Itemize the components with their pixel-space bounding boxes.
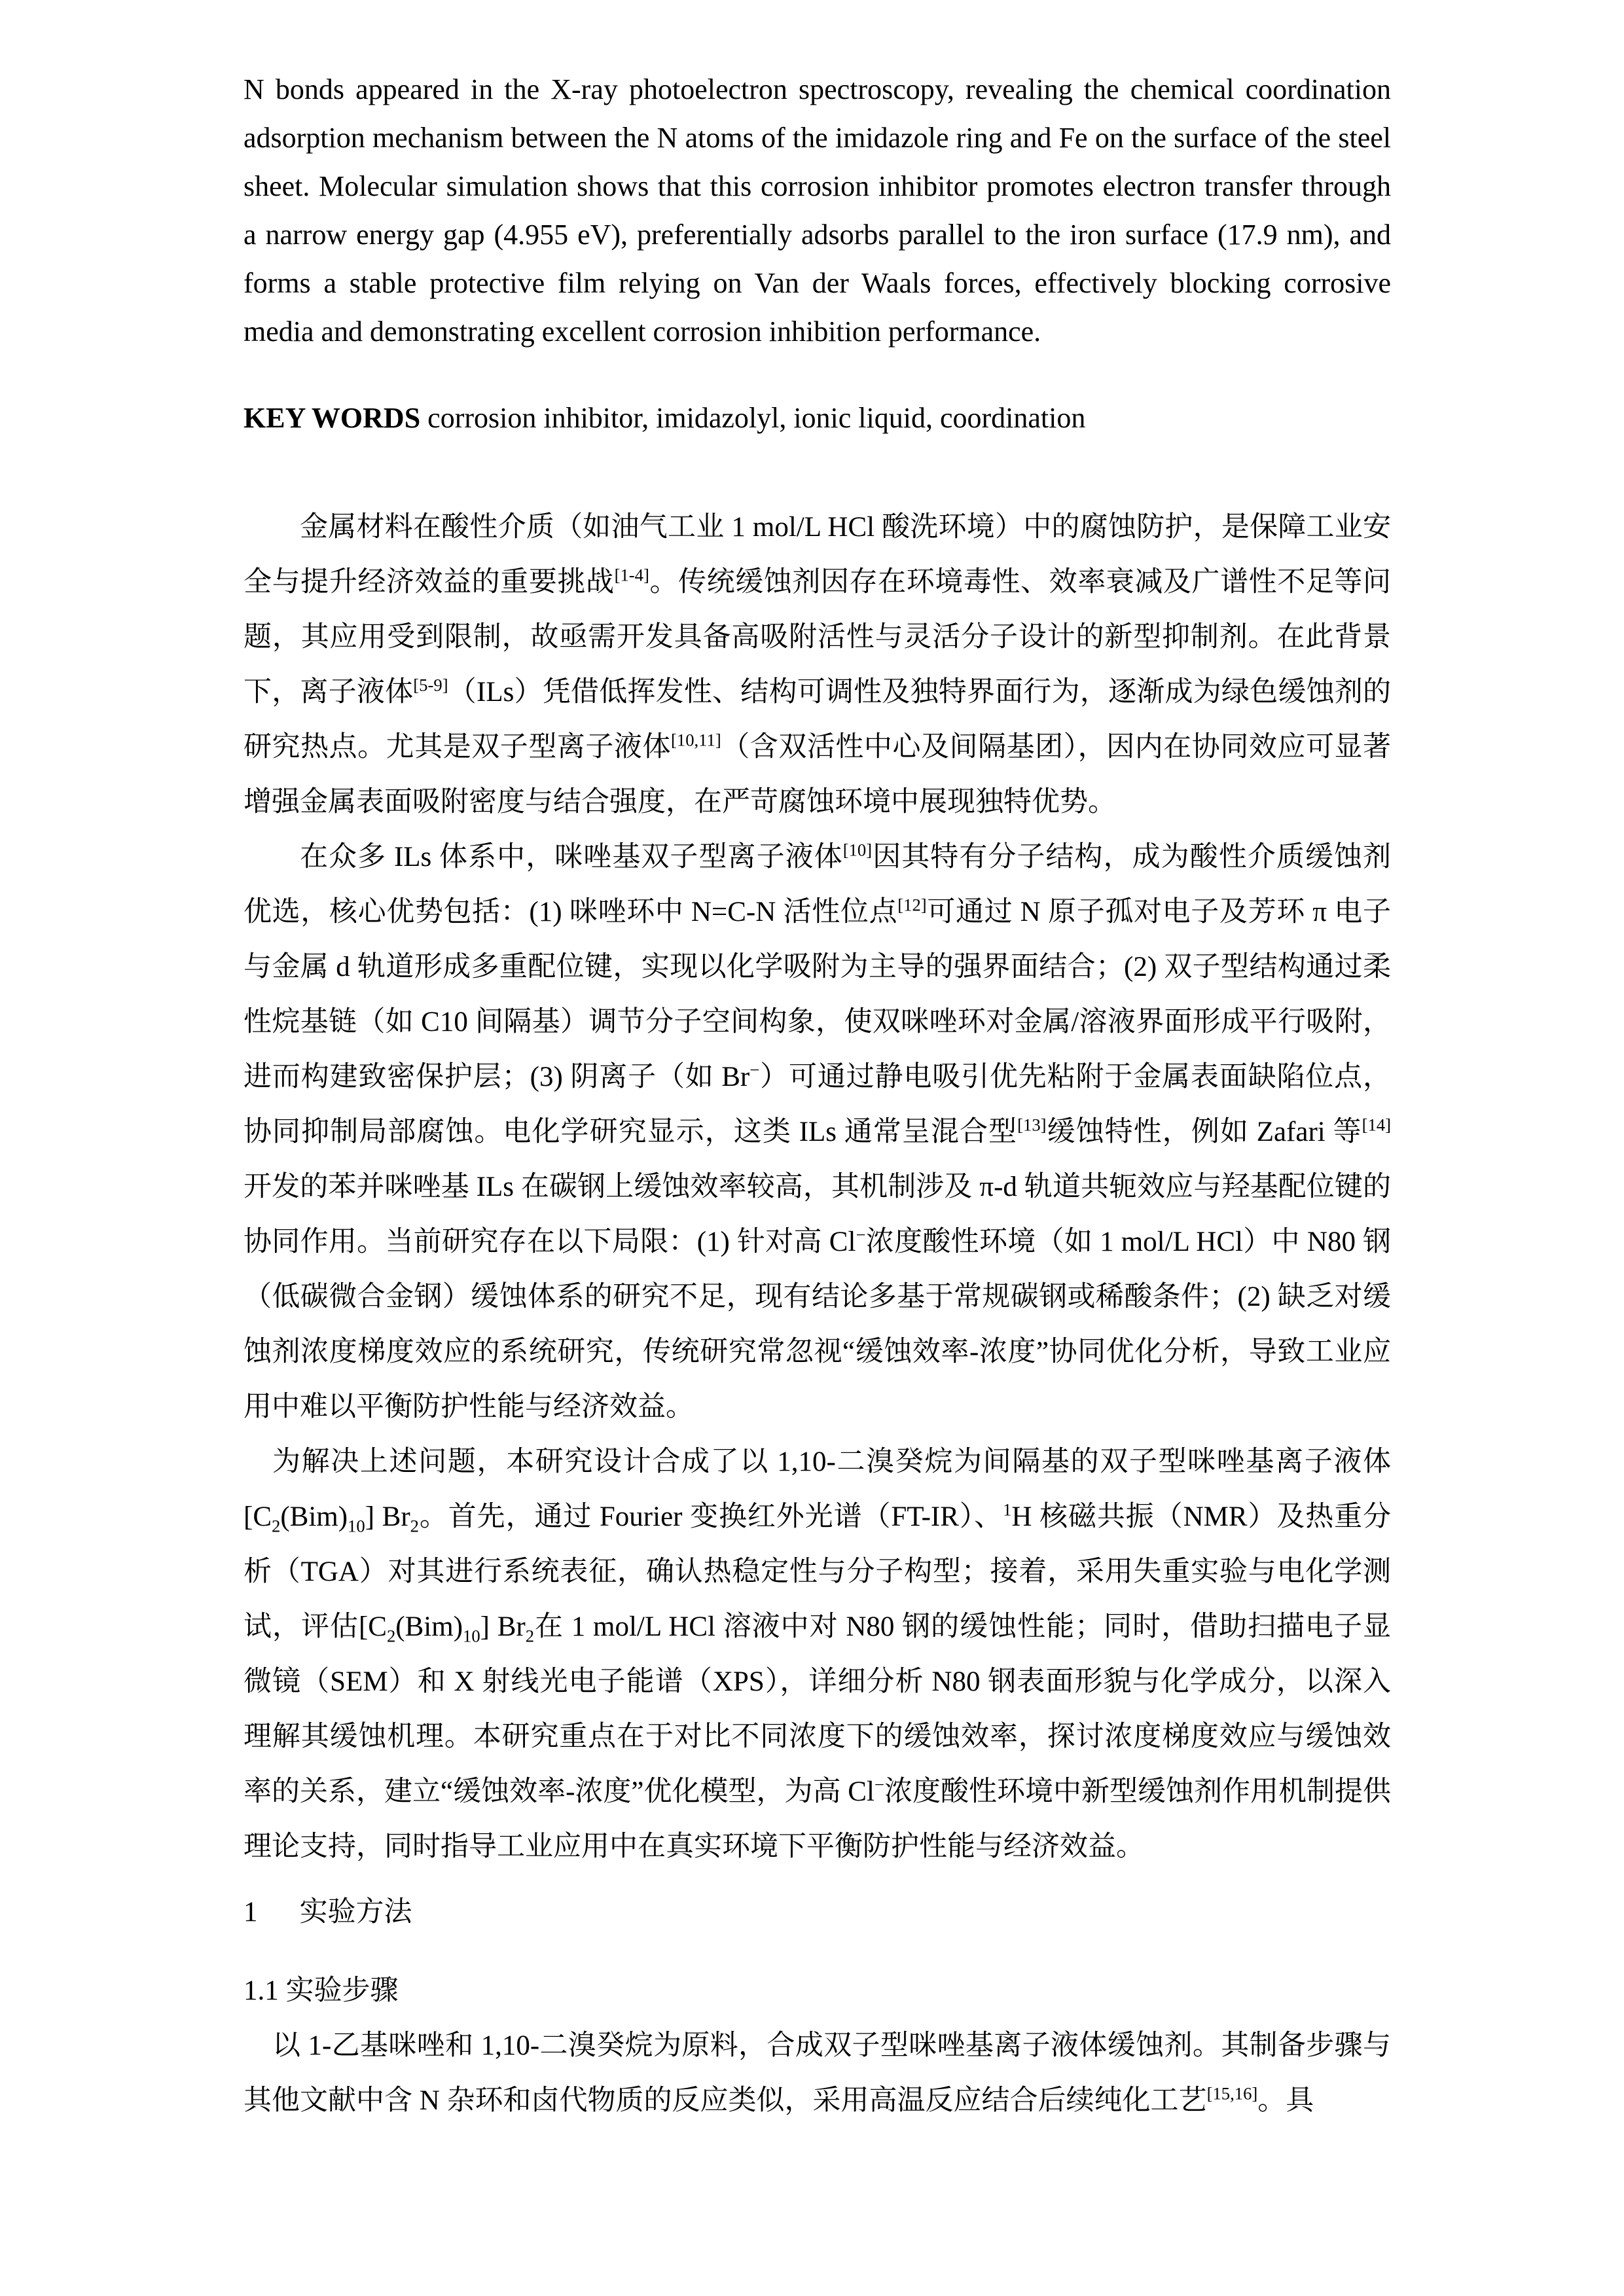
keywords-line: KEY WORDS corrosion inhibitor, imidazoly… — [244, 394, 1391, 442]
abstract-paragraph: N bonds appeared in the X-ray photoelect… — [244, 65, 1391, 356]
intro-paragraph-2: 在众多 ILs 体系中，咪唑基双子型离子液体[10]因其特有分子结构，成为酸性介… — [244, 830, 1391, 1435]
section-title: 实验方法 — [300, 1897, 412, 1928]
method-paragraph: 以 1-乙基咪唑和 1,10-二溴癸烷为原料，合成双子型咪唑基离子液体缓蚀剂。其… — [244, 2018, 1391, 2128]
intro-paragraph-3: 为解决上述问题，本研究设计合成了以 1,10-二溴癸烷为间隔基的双子型咪唑基离子… — [244, 1435, 1391, 1874]
keywords-text: corrosion inhibitor, imidazolyl, ionic l… — [420, 402, 1085, 434]
section-heading: 1实验方法 — [244, 1885, 1391, 1940]
section-number: 1 — [244, 1897, 258, 1928]
keywords-label: KEY WORDS — [244, 402, 420, 434]
subsection-heading: 1.1 实验步骤 — [244, 1964, 1391, 2018]
intro-paragraph-1: 金属材料在酸性介质（如油气工业 1 mol/L HCl 酸洗环境）中的腐蚀防护，… — [244, 500, 1391, 830]
document-page: N bonds appeared in the X-ray photoelect… — [0, 0, 1624, 2296]
